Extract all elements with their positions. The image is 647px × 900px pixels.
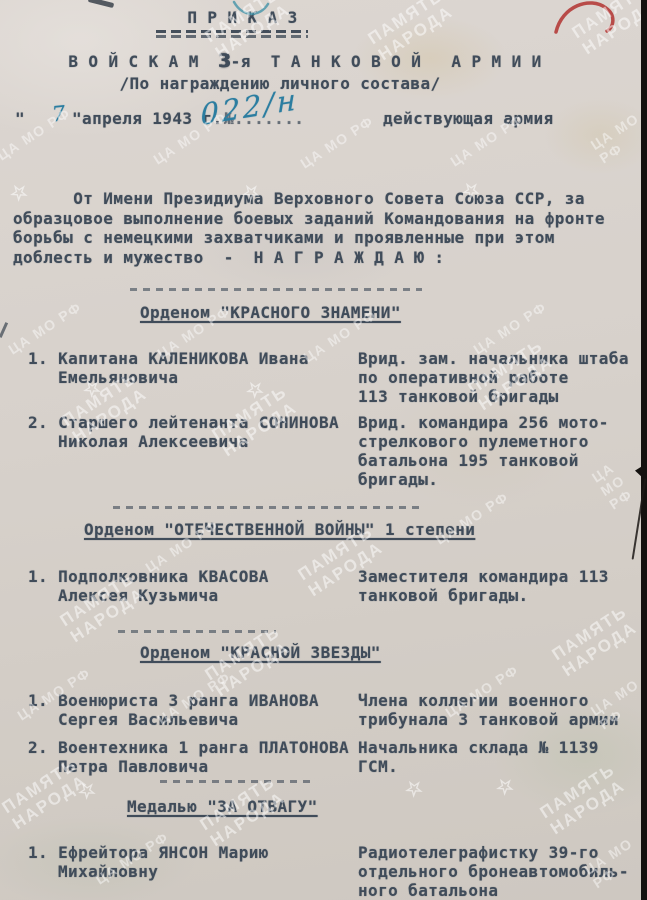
award-entry: 2. Воентехника 1 ранга ПЛАТОНОВА Петра П… [28, 738, 635, 776]
entry-recipient: 1. Ефрейтора ЯНСОН Марию Михайловну [28, 843, 358, 900]
army-number: 3 [219, 50, 231, 72]
watermark-star: ☆ [400, 773, 429, 804]
entry-position: Начальника склада № 1139 ГСМ. [358, 738, 635, 776]
award-header-patriotic-war: Орденом "ОТЕЧЕСТВЕННОЙ ВОЙНЫ" 1 степени [84, 520, 475, 539]
award-entry: 2. Старшего лейтенанта СОНИНОВА Николая … [28, 413, 635, 489]
award-entry: 1. Капитана КАЛЕНИКОВА Ивана Емельянович… [28, 349, 635, 406]
blue-pen-mark [230, 0, 272, 20]
entry-position: Врид. командира 256 мото- стрелкового пу… [358, 413, 635, 489]
section-separator [160, 780, 310, 783]
entry-position: Радиотелеграфистку 39-го отдельного брон… [358, 843, 635, 900]
addressee-post: -я Т А Н К О В О Й А Р М И И [231, 52, 542, 71]
handwritten-day: 7 [51, 101, 67, 126]
title-underline [156, 30, 308, 33]
watermark-star: ☆ [73, 775, 102, 806]
award-header-for-courage: Медалью "ЗА ОТВАГУ" [127, 797, 318, 816]
section-separator [130, 288, 422, 291]
title-underline-2 [156, 35, 308, 38]
entry-recipient: 1. Военюриста 3 ранга ИВАНОВА Сергея Вас… [28, 691, 358, 729]
ink-smudge-top [88, 0, 114, 8]
paper-tear-notch [635, 465, 644, 479]
award-entry: 1. Подполковника КВАСОВА Алексея Кузьмич… [28, 567, 635, 605]
scanned-order-document: П Р И К А З В О Й С К А М 3-я Т А Н К О … [0, 0, 647, 900]
entry-position: Врид. зам. начальника штаба по оперативн… [358, 349, 635, 406]
preamble: От Имени Президиума Верховного Совета Со… [13, 189, 628, 267]
watermark-tsamo-rf: ЦА МО РФ [297, 112, 376, 171]
date-open-quote: " [15, 109, 25, 128]
addressee-pre: В О Й С К А М [68, 52, 219, 71]
entry-recipient: 1. Капитана КАЛЕНИКОВА Ивана Емельянович… [28, 349, 358, 406]
ink-smudge-left [0, 322, 8, 338]
red-pencil-mark [548, 0, 628, 38]
entry-position: Заместителя командира 113 танковой брига… [358, 567, 635, 605]
army-note: действующая армия [383, 109, 554, 128]
scan-edge-shadow [641, 0, 647, 900]
entry-recipient: 2. Старшего лейтенанта СОНИНОВА Николая … [28, 413, 358, 489]
entry-recipient: 2. Воентехника 1 ранга ПЛАТОНОВА Петра П… [28, 738, 358, 776]
entry-recipient: 1. Подполковника КВАСОВА Алексея Кузьмич… [28, 567, 358, 605]
section-separator [118, 630, 276, 633]
section-separator [113, 506, 420, 509]
watermark-tsamo-rf: ЦА МО РФ [588, 110, 647, 167]
award-entry: 1. Ефрейтора ЯНСОН Марию Михайловну Ради… [28, 843, 635, 900]
watermark-pamyat-naroda: ПАМЯТЬ НАРОДА [549, 602, 641, 680]
addressee-line: В О Й С К А М 3-я Т А Н К О В О Й А Р М … [40, 52, 570, 71]
award-header-red-star: Орденом "КРАСНОЙ ЗВЕЗДЫ" [140, 643, 381, 662]
entry-position: Члена коллегии военного трибунала 3 танк… [358, 691, 635, 729]
award-entry: 1. Военюриста 3 ранга ИВАНОВА Сергея Вас… [28, 691, 635, 729]
award-header-red-banner: Орденом "КРАСНОГО ЗНАМЕНИ" [140, 303, 401, 322]
